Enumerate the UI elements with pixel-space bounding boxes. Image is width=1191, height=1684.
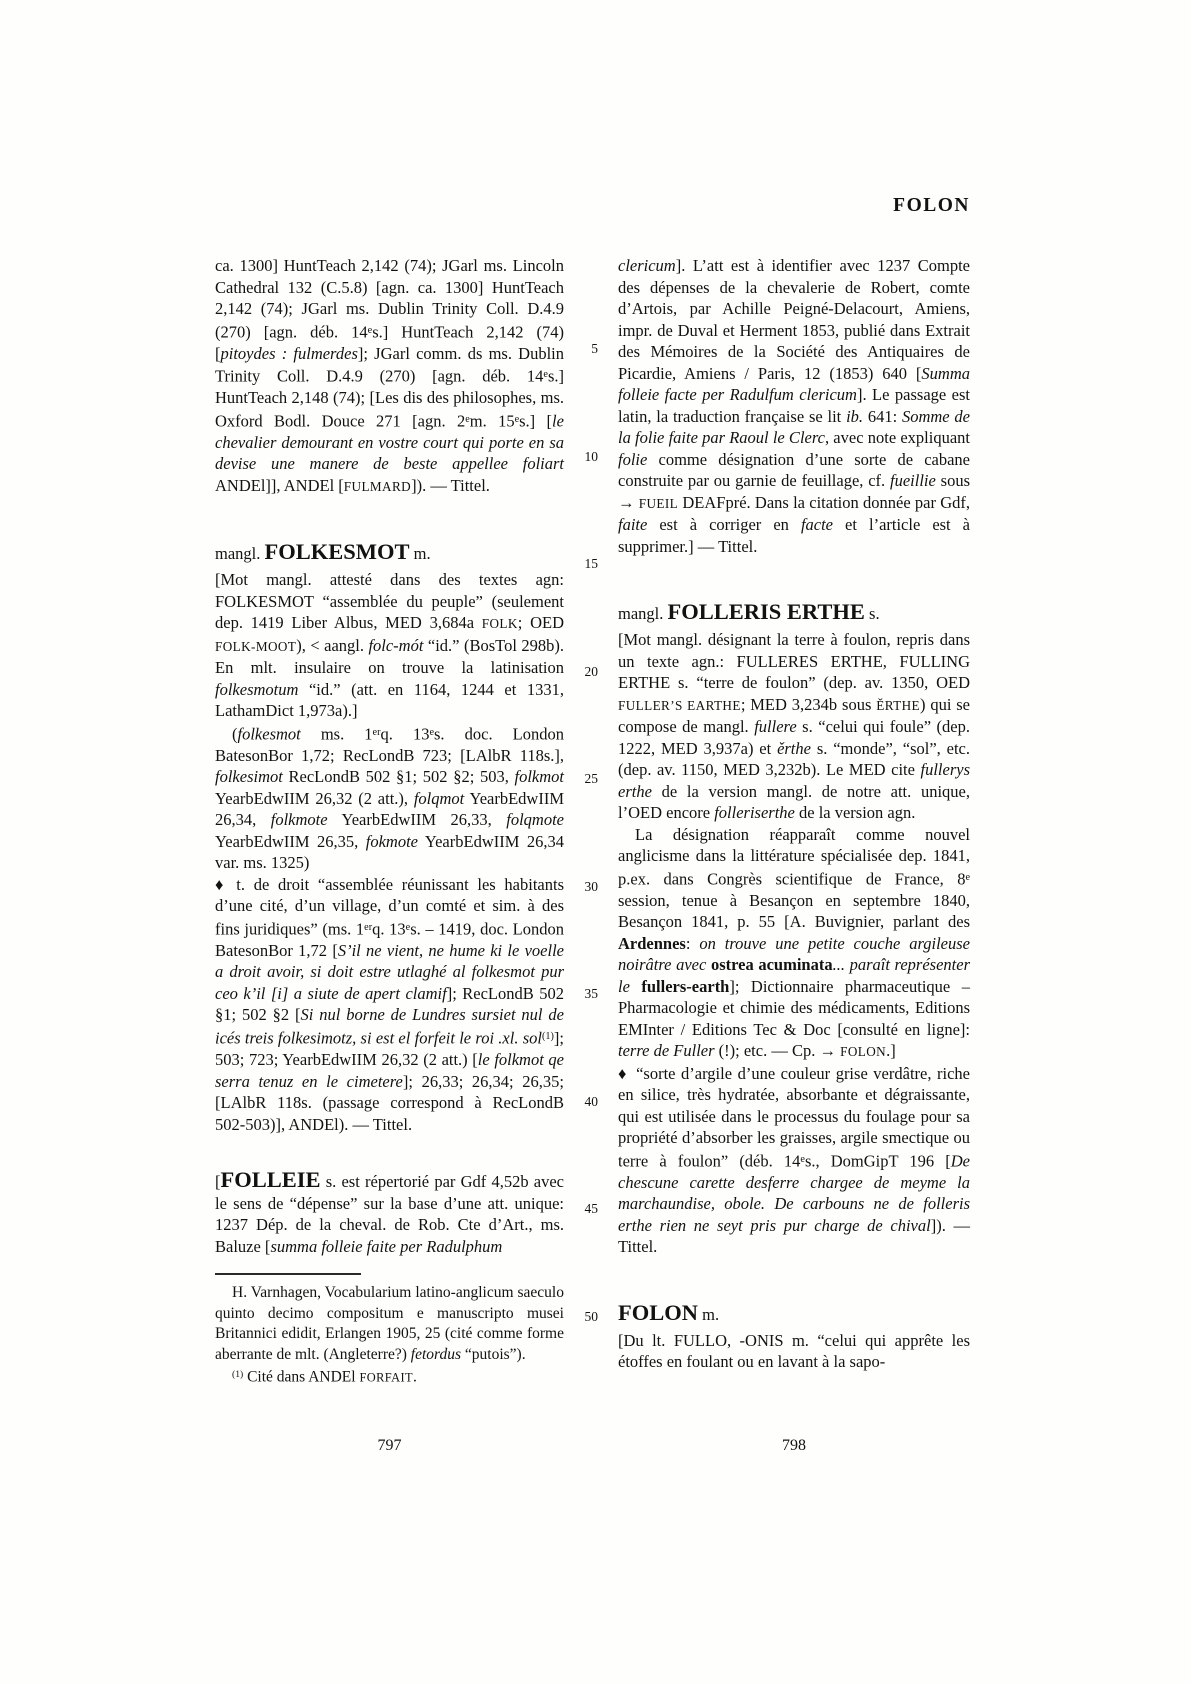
text-run: folkesmotum <box>215 680 298 699</box>
page-number-left: 797 <box>215 1437 564 1455</box>
text-run: ĚRTHE <box>876 698 920 713</box>
text-run: ib. <box>846 407 863 426</box>
line-number: 15 <box>585 556 599 571</box>
left-column: ca. 1300] HuntTeach 2,142 (74); JGarl ms… <box>215 255 564 1388</box>
etymology-paragraph-folon: [Du lt. FULLO, -ONIS m. “celui qui apprê… <box>618 1330 970 1373</box>
text-run: ]). — Tittel. <box>411 476 490 495</box>
text-run: ANDEl]], ANDEl [ <box>215 476 344 495</box>
text-run: [Du lt. FULLO, -ONIS m. “celui qui apprê… <box>618 1331 970 1372</box>
line-number: 10 <box>585 449 599 464</box>
text-run: .] <box>886 1041 896 1060</box>
text-run: FOLK-MOOT <box>215 639 296 654</box>
text-run: m. <box>410 544 431 563</box>
line-number: 50 <box>585 1309 599 1324</box>
text-run: FORFAIT <box>359 1370 413 1384</box>
text-run: folkesimot <box>215 767 283 786</box>
text-run: fueillie <box>890 471 936 490</box>
line-number: 5 <box>591 341 598 356</box>
text-run: s. <box>865 604 880 623</box>
text-run: FOLON <box>840 1044 886 1059</box>
definition-paragraph-folleris-erthe: ♦ “sorte d’argile d’une couleur grise ve… <box>618 1063 970 1258</box>
text-run: clericum <box>618 256 676 275</box>
text-run: session, tenue à Besançon en septembre 1… <box>618 891 970 932</box>
text-run: Ardennes <box>618 934 686 953</box>
text-run: ostrea acuminata <box>711 955 833 974</box>
text-run: m. <box>698 1305 719 1324</box>
text-run: m. 15 <box>470 411 515 430</box>
line-number-gutter: 5101520253035404550 <box>556 255 598 1375</box>
text-run: FULMARD <box>344 479 411 494</box>
document-page: { "page": { "running_head": "FOLON", "pa… <box>0 0 1191 1684</box>
text-run: folie <box>618 450 647 469</box>
continuation-paragraph-folleie: clericum]. L’att est à identifier avec 1… <box>618 255 970 557</box>
line-number: 35 <box>585 986 599 1001</box>
text-run: (!); etc. — Cp. → <box>715 1041 841 1060</box>
headword: FOLKESMOT <box>265 539 410 564</box>
text-run: YearbEdwIIM 26,35, <box>215 832 366 851</box>
text-run: fetordus <box>411 1346 461 1363</box>
text-run: [Mot mangl. désignant la terre à foulon,… <box>618 630 970 692</box>
text-run: ěrthe <box>777 739 811 758</box>
text-run: , avec note expliquant <box>825 428 970 447</box>
text-run: s., DomGipT 196 [ <box>805 1151 951 1170</box>
line-number: 20 <box>585 664 599 679</box>
text-run: (1) <box>542 1031 554 1042</box>
text-run: 641: <box>863 407 902 426</box>
text-run: fokmote <box>366 832 418 851</box>
text-run: “putois”). <box>461 1346 526 1363</box>
line-number: 25 <box>585 771 599 786</box>
text-run: Cité dans ANDEl <box>243 1368 359 1385</box>
line-number: 40 <box>585 1094 599 1109</box>
line-number: 30 <box>585 879 599 894</box>
text-run: de la version agn. <box>795 803 916 822</box>
text-run: : <box>686 934 700 953</box>
text-run: q. 13 <box>372 919 406 938</box>
right-column: clericum]. L’att est à identifier avec 1… <box>618 255 970 1373</box>
text-run: folc-mót <box>368 636 423 655</box>
text-run: faite <box>618 515 647 534</box>
text-run: terre de Fuller <box>618 1041 715 1060</box>
text-run: ms. 1 <box>301 724 373 743</box>
etymology-paragraph-folleris-erthe: [Mot mangl. désignant la terre à foulon,… <box>618 629 970 824</box>
text-run: RecLondB 502 §1; 502 §2; 503, <box>283 767 515 786</box>
headword: FOLLEIE <box>221 1167 321 1192</box>
entry-paragraph-folleie: [FOLLEIE s. est répertorié par Gdf 4,52b… <box>215 1169 564 1257</box>
headword: FOLLERIS ERTHE <box>668 599 865 624</box>
headword: FOLON <box>618 1300 698 1325</box>
text-run: La désignation réapparaît comme nouvel a… <box>618 825 970 889</box>
text-run: est à corriger en <box>647 515 801 534</box>
text-run: folkmote <box>271 810 328 829</box>
text-run: DEAFpré. Dans la citation donnée par Gdf… <box>678 493 970 512</box>
text-run: FUEIL <box>639 496 678 511</box>
text-run: e <box>965 872 970 883</box>
line-number: 45 <box>585 1201 599 1216</box>
forms-paragraph-folkesmot: (folkesmot ms. 1erq. 13es. doc. London B… <box>215 722 564 874</box>
footnote-separator <box>215 1273 361 1275</box>
text-run: mangl. <box>215 544 265 563</box>
text-run: mangl. <box>618 604 668 623</box>
entry-heading-folkesmot: mangl. FOLKESMOT m. <box>215 537 564 569</box>
text-run: facte <box>801 515 833 534</box>
text-run: FULLER’S EARTHE <box>618 698 741 713</box>
continuation-paragraph: ca. 1300] HuntTeach 2,142 (74); JGarl ms… <box>215 255 564 497</box>
text-run: pitoydes : fulmerdes <box>221 344 358 363</box>
discussion-paragraph-folleris-erthe: La désignation réapparaît comme nouvel a… <box>618 824 970 1063</box>
text-run: YearbEdwIIM 26,33, <box>328 810 507 829</box>
text-run: YearbEdwIIM 26,32 (2 att.), <box>215 789 414 808</box>
footnote-1: (1) Cité dans ANDEl FORFAIT. <box>215 1365 564 1388</box>
running-head: FOLON <box>618 195 970 217</box>
text-run: ; MED 3,234b sous <box>741 695 876 714</box>
text-run: er <box>364 922 372 933</box>
text-run: (1) <box>232 1369 243 1380</box>
text-run: fullere <box>754 717 796 736</box>
page-number-right: 798 <box>618 1437 970 1455</box>
text-run: . <box>413 1368 417 1385</box>
footnote-varnhagen: H. Varnhagen, Vocabularium latino-anglic… <box>215 1283 564 1365</box>
entry-heading-folon: FOLON m. <box>618 1298 970 1330</box>
text-run: folkesmot <box>238 724 301 743</box>
definition-paragraph-folkesmot: ♦ t. de droit “assemblée réunissant les … <box>215 874 564 1135</box>
text-run: fullers-earth <box>641 977 729 996</box>
entry-heading-folleris-erthe: mangl. FOLLERIS ERTHE s. <box>618 597 970 629</box>
text-run: folleriserthe <box>714 803 795 822</box>
text-run: ), < aangl. <box>296 636 368 655</box>
text-run: FOLK <box>482 616 518 631</box>
text-run: s.] [ <box>519 411 552 430</box>
text-run: folqmot <box>414 789 464 808</box>
text-run: q. 13 <box>381 724 430 743</box>
text-run: er <box>373 727 381 738</box>
text-run: summa folleie faite per Radulphum <box>270 1237 502 1256</box>
etymology-paragraph-folkesmot: [Mot mangl. attesté dans des textes agn:… <box>215 569 564 722</box>
